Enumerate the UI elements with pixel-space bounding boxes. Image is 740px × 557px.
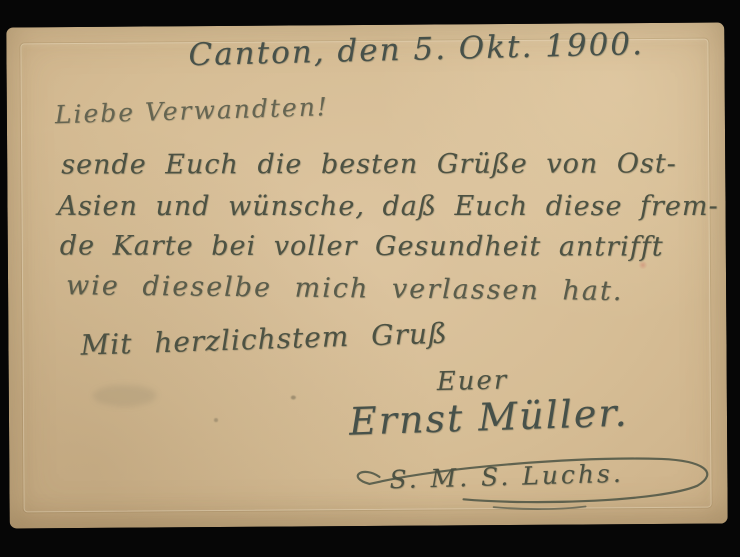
stain-smudge <box>93 384 157 406</box>
dateline: Canton, den 5. Okt. 1900. <box>188 26 644 73</box>
closing: Mit herzlichstem Gruß <box>80 317 448 362</box>
salutation: Liebe Verwandten! <box>54 92 329 129</box>
body-line: de Karte bei voller Gesundheit antrifft <box>60 231 664 263</box>
body-line: sende Euch die besten Grüße von Ost- <box>61 148 677 180</box>
postcard: Canton, den 5. Okt. 1900. Liebe Verwandt… <box>6 22 727 528</box>
scan-background: Canton, den 5. Okt. 1900. Liebe Verwandt… <box>0 0 740 557</box>
stain-speck <box>214 418 218 422</box>
body-line: Asien und wünsche, daß Euch diese frem- <box>58 191 719 222</box>
signature: Ernst Müller. <box>348 391 629 444</box>
body-line: wie dieselbe mich verlassen hat. <box>66 270 624 307</box>
stain-speck <box>291 395 296 399</box>
valediction: Euer <box>436 365 508 397</box>
